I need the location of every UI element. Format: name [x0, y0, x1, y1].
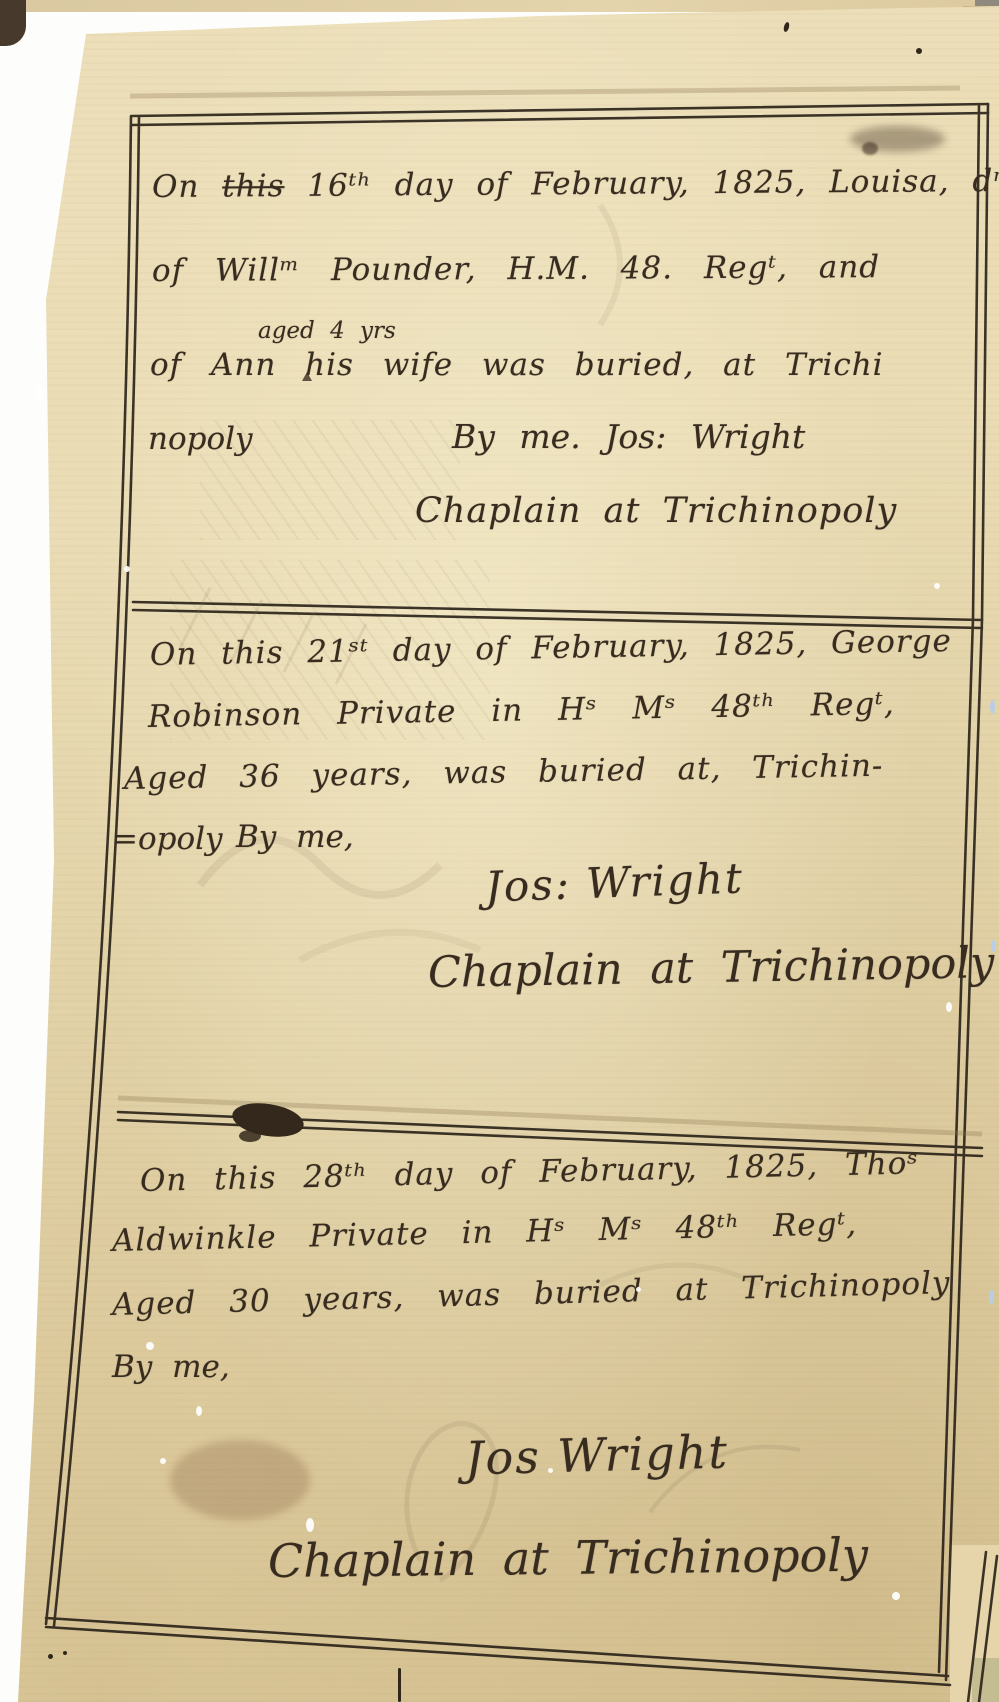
glare-fleck [548, 1468, 553, 1473]
glare-fleck [146, 1342, 154, 1350]
glare-fleck [991, 940, 996, 952]
entry-2-line-4-left: =opoly [112, 824, 223, 855]
entry-2-by-me: By me, [236, 822, 354, 853]
glare-fleck [636, 1287, 641, 1292]
entry-1-chaplain-line: Chaplain at Trichinopoly [415, 494, 897, 529]
entry-1-line-1-rest: 16ᵗʰ day of February, 1825, Louisa, dʳ. [284, 163, 999, 204]
glare-fleck [946, 1002, 952, 1012]
glare-fleck [196, 1406, 202, 1416]
entry-3-by-me: By me, [112, 1352, 230, 1383]
register-photo: On this 16ᵗʰ day of February, 1825, Loui… [0, 0, 999, 1702]
entry-1-line-1-pre: On [152, 169, 222, 205]
entry-1-attestation: By me. Jos: Wright [452, 420, 805, 453]
entry-1-insertion: aged 4 yrs [258, 320, 396, 343]
entry-1-line-2: of Willᵐ Pounder, H.M. 48. Regᵗ, and [152, 252, 880, 287]
pen-stroke [398, 1668, 401, 1702]
entry-1-line-4-left: nopoly [148, 424, 253, 455]
entry-1-struck-word: this [222, 168, 284, 204]
entry-3-signature: Jos Wright [464, 1429, 729, 1482]
glare-fleck [124, 566, 130, 572]
glare-fleck [989, 1290, 994, 1304]
glare-fleck [160, 1458, 166, 1464]
entry-1-line-3: of Ann his wife was buried, at Trichi [150, 350, 884, 381]
glare-fleck [892, 1592, 900, 1600]
glare-fleck [36, 386, 44, 400]
glare-fleck [306, 1518, 314, 1532]
ink-speck [63, 1651, 67, 1655]
entry-1-line-1: On this 16ᵗʰ day of February, 1825, Loui… [152, 166, 999, 203]
glare-fleck [934, 583, 940, 589]
glare-fleck [990, 700, 995, 714]
entry-3-chaplain-line: Chaplain at Trichinopoly [268, 1532, 868, 1584]
ink-speck [916, 48, 922, 54]
entry-2-chaplain-line: Chaplain at Trichinopoly [428, 942, 995, 995]
ink-speck [48, 1654, 53, 1659]
entry-2-signature: Jos: Wright [484, 857, 744, 908]
